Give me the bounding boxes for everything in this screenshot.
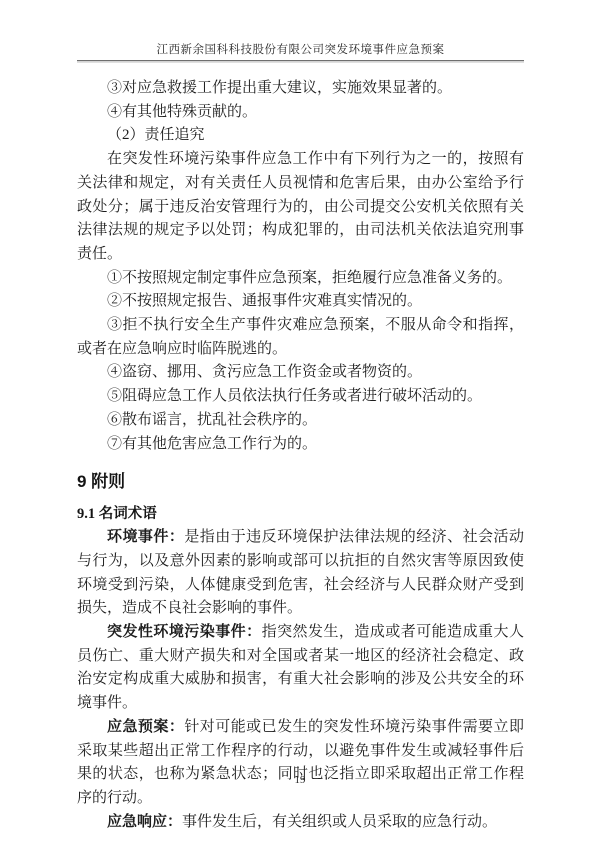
definition-term: 应急预案： [107,719,184,735]
page-number: 19 [0,774,600,786]
page-header-title: 江西新余国科科技股份有限公司突发环境事件应急预案 [77,41,524,57]
body-paragraph: ⑤阻碍应急工作人员依法执行任务或者进行破坏活动的。 [77,385,524,409]
body-paragraph: ③拒不执行安全生产事件灾难应急预案，不服从命令和指挥，或者在应急响应时临阵脱逃的… [77,314,524,361]
document-body: ③对应急救援工作提出重大建议，实施效果显著的。 ④有其他特殊贡献的。 （2）责任… [77,77,524,834]
body-paragraph: ⑥散布谣言，扰乱社会秩序的。 [77,409,524,433]
body-paragraph: （2）责任追究 [77,124,524,148]
definition-paragraph: 应急响应：事件发生后，有关组织或人员采取的应急行动。 [77,811,524,835]
definition-term: 应急响应： [107,814,182,830]
definition-paragraph: 环境事件：是指由于违反环境保护法律法规的经济、社会活动与行为，以及意外因素的影响… [77,526,524,621]
body-paragraph: ②不按照规定报告、通报事件灾难真实情况的。 [77,290,524,314]
section-heading: 9 附则 [77,469,524,495]
header-divider [77,60,524,63]
body-paragraph: ⑦有其他危害应急工作行为的。 [77,433,524,457]
definition-text: 事件发生后，有关组织或人员采取的应急行动。 [182,814,497,830]
definition-term: 环境事件： [107,529,184,545]
body-paragraph: ①不按照规定制定事件应急预案，拒绝履行应急准备义务的。 [77,267,524,291]
body-paragraph: ④盗窃、挪用、贪污应急工作资金或者物资的。 [77,361,524,385]
body-paragraph: ③对应急救援工作提出重大建议，实施效果显著的。 [77,77,524,101]
document-page: 江西新余国科科技股份有限公司突发环境事件应急预案 ③对应急救援工作提出重大建议，… [0,0,600,848]
definition-term: 突发性环境污染事件： [107,624,262,640]
definition-paragraph: 应急预案：针对可能或已发生的突发性环境污染事件需要立即采取某些超出正常工作程序的… [77,716,524,811]
body-paragraph: ④有其他特殊贡献的。 [77,101,524,125]
body-paragraph: 在突发性环境污染事件应急工作中有下列行为之一的，按照有关法律和规定，对有关责任人… [77,148,524,267]
subsection-heading: 9.1 名词术语 [77,502,524,526]
definition-paragraph: 突发性环境污染事件：指突然发生，造成或者可能造成重大人员伤亡、重大财产损失和对全… [77,621,524,716]
